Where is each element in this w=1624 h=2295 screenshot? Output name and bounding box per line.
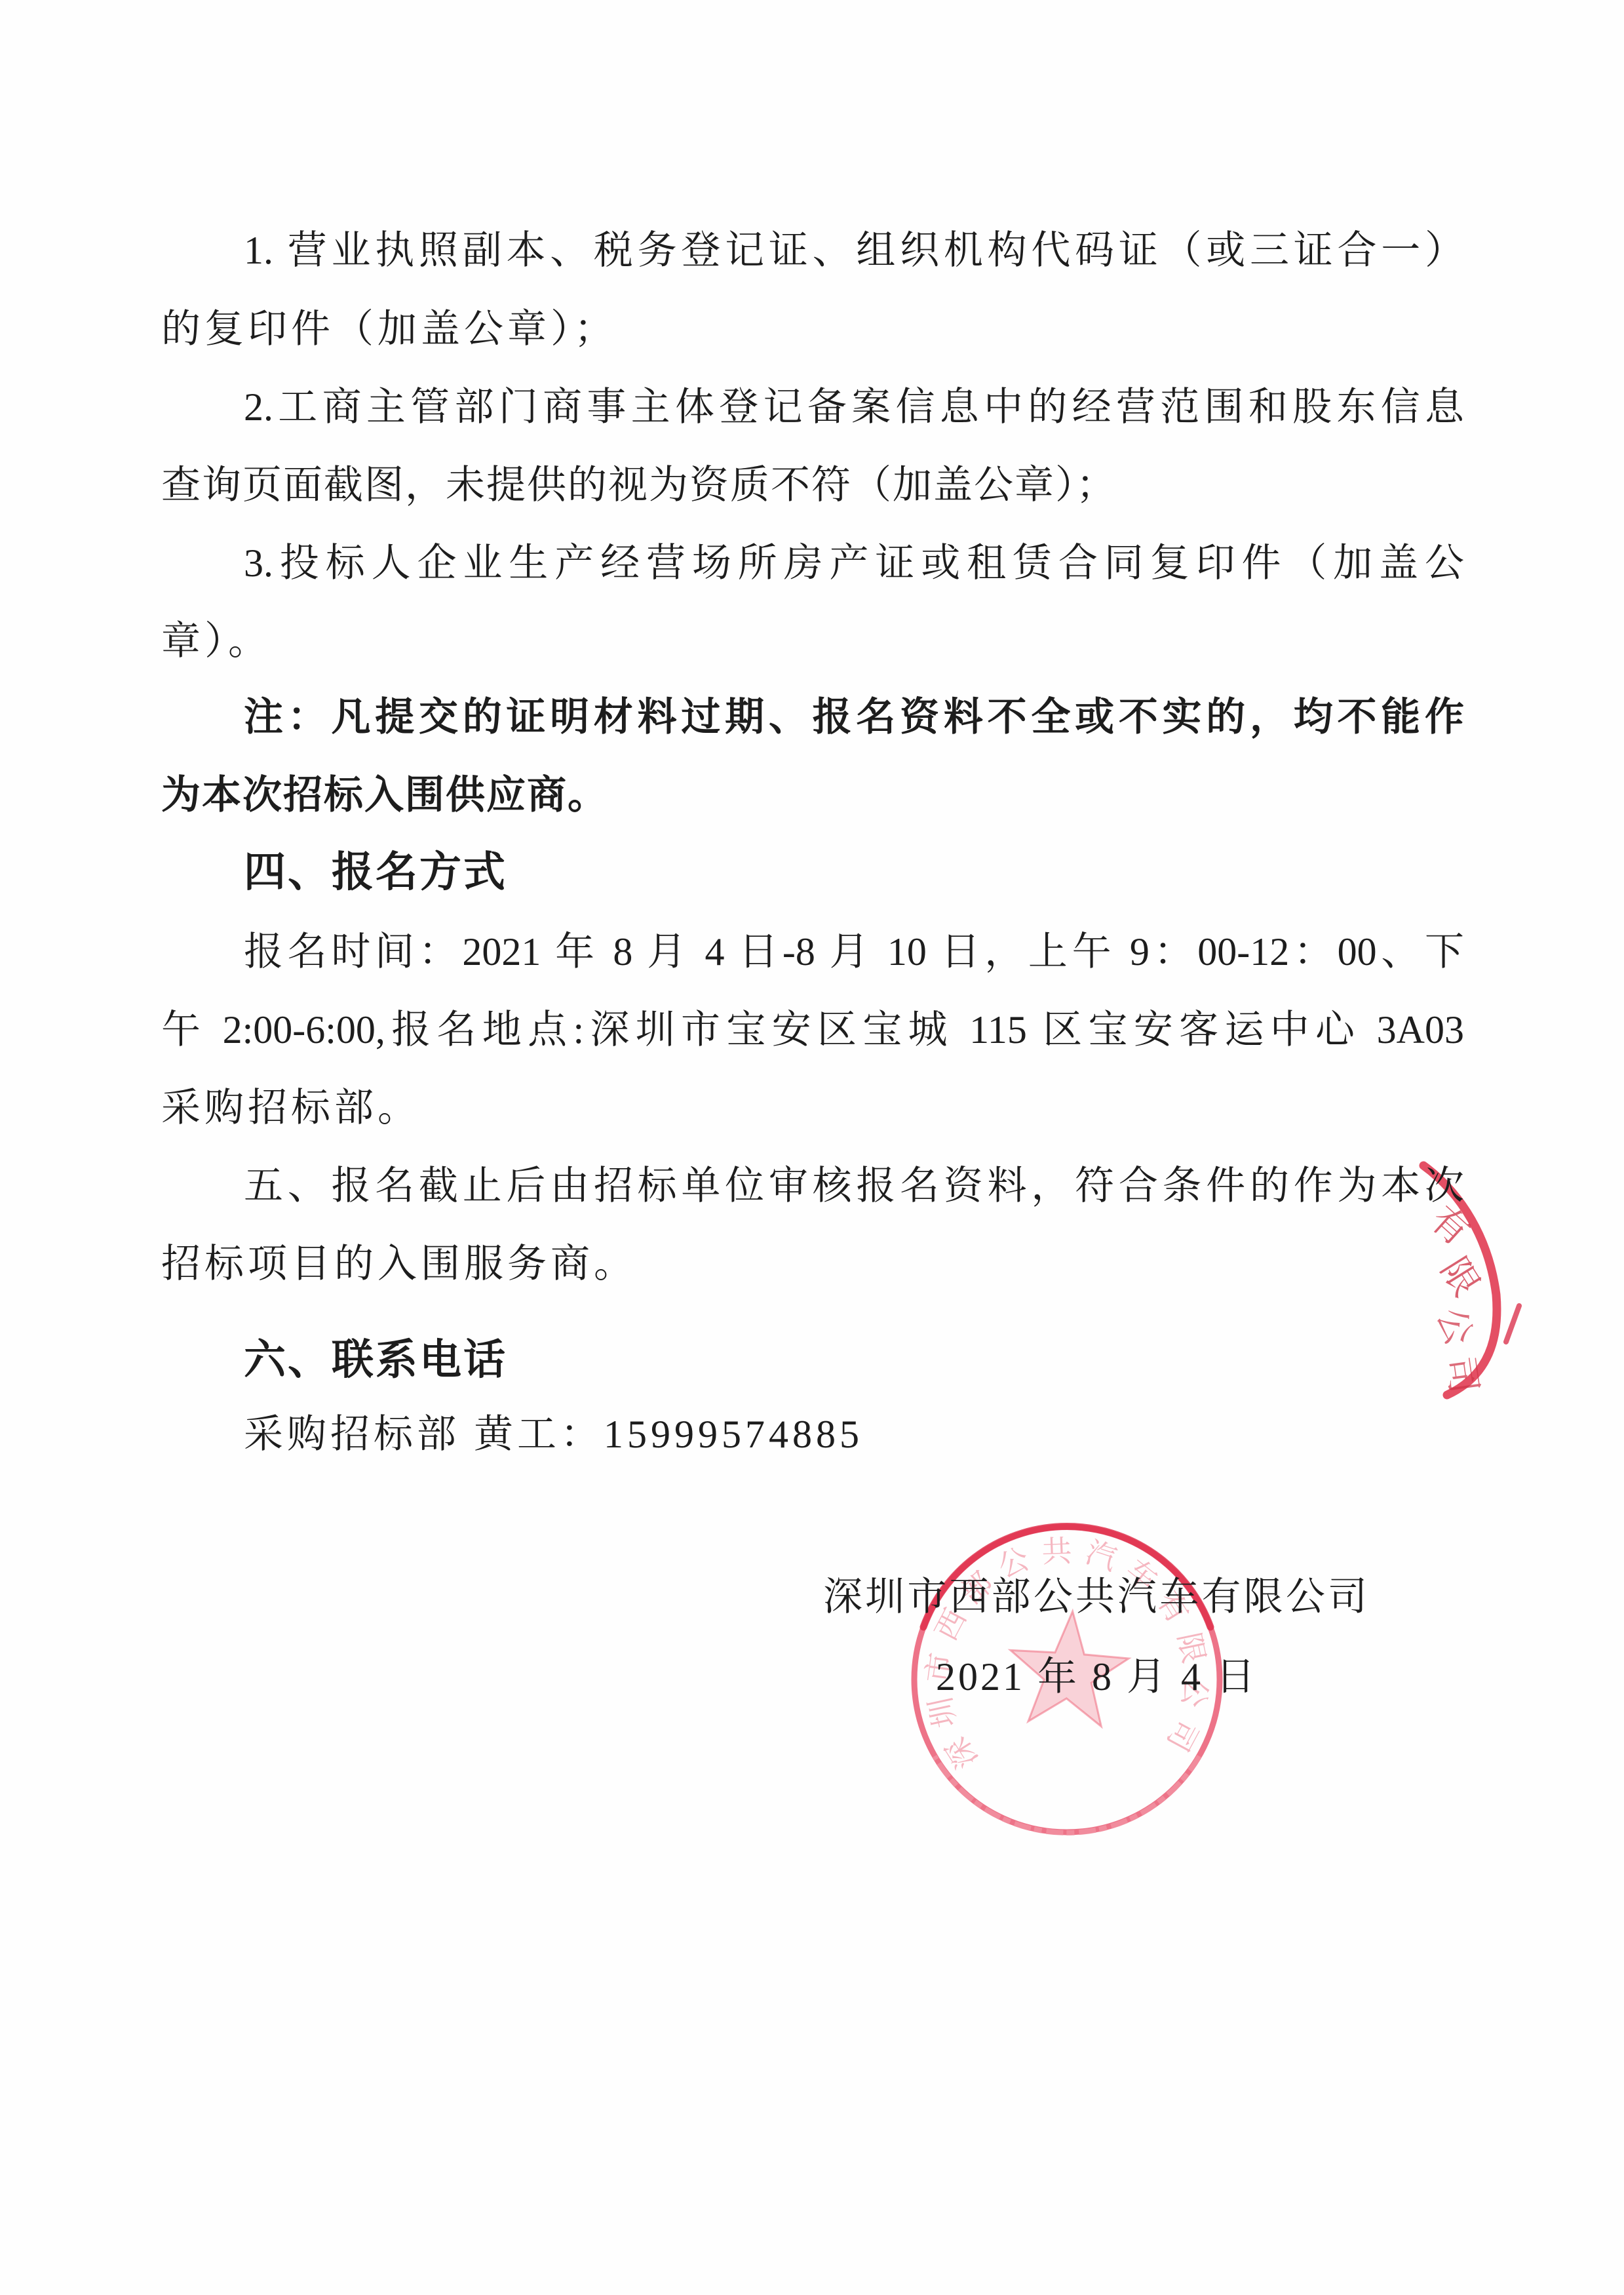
contact-line: 采购招标部 黄工：15999574885 [244,1411,863,1458]
partial-seal-char-3: 公 [1429,1302,1480,1350]
list-item-1-line2: 的复印件（加盖公章）； [161,305,617,353]
section-heading-contact-phone: 六、联系电话 [244,1336,507,1383]
list-item-3-line2: 章）。 [161,618,271,665]
signature-date: 2021 年 8 月 4 日 [936,1653,1258,1700]
list-item-3-line1: 3.投标人企业生产经营场所房产证或租赁合同复印件（加盖公 [244,539,1464,587]
seal-ring-bottom-arc [935,1756,1199,1833]
list-item-2-line1: 2.工商主管部门商事主体登记备案信息中的经营范围和股东信息 [244,383,1464,431]
partial-seal-char-4: 司 [1439,1354,1485,1396]
note-line1: 注：凡提交的证明材料过期、报名资料不全或不实的，均不能作 [244,694,1464,741]
document-page: 有 限 公 司 深圳市西部公共汽车有限公司 1. 营业执照副本、税务登记证、组织… [0,0,1624,2295]
review-clause-line1: 五、报名截止后由招标单位审核报名资料，符合条件的作为本次 [244,1162,1464,1209]
list-item-1-line1: 1. 营业执照副本、税务登记证、组织机构代码证（或三证合一） [244,227,1464,274]
review-clause-line2: 招标项目的入围服务商。 [161,1240,637,1287]
section-heading-registration-method: 四、报名方式 [244,848,507,895]
registration-time-line2: 午 2:00-6:00,报名地点:深圳市宝安区宝城 115 区宝安客运中心 3A… [161,1006,1464,1053]
list-item-2-line2: 查询页面截图，未提供的视为资质不符（加盖公章）； [161,461,1117,509]
signature-company: 深圳市西部公共汽车有限公司 [823,1573,1367,1620]
partial-seal-mark [1506,1306,1519,1342]
registration-time-line1: 报名时间：2021 年 8 月 4 日-8 月 10 日，上午 9：00-12：… [244,928,1464,975]
registration-time-line3: 采购招标部。 [161,1084,421,1131]
note-line2: 为本次招标入围供应商。 [161,772,608,819]
partial-seal-char-2: 限 [1433,1250,1488,1303]
